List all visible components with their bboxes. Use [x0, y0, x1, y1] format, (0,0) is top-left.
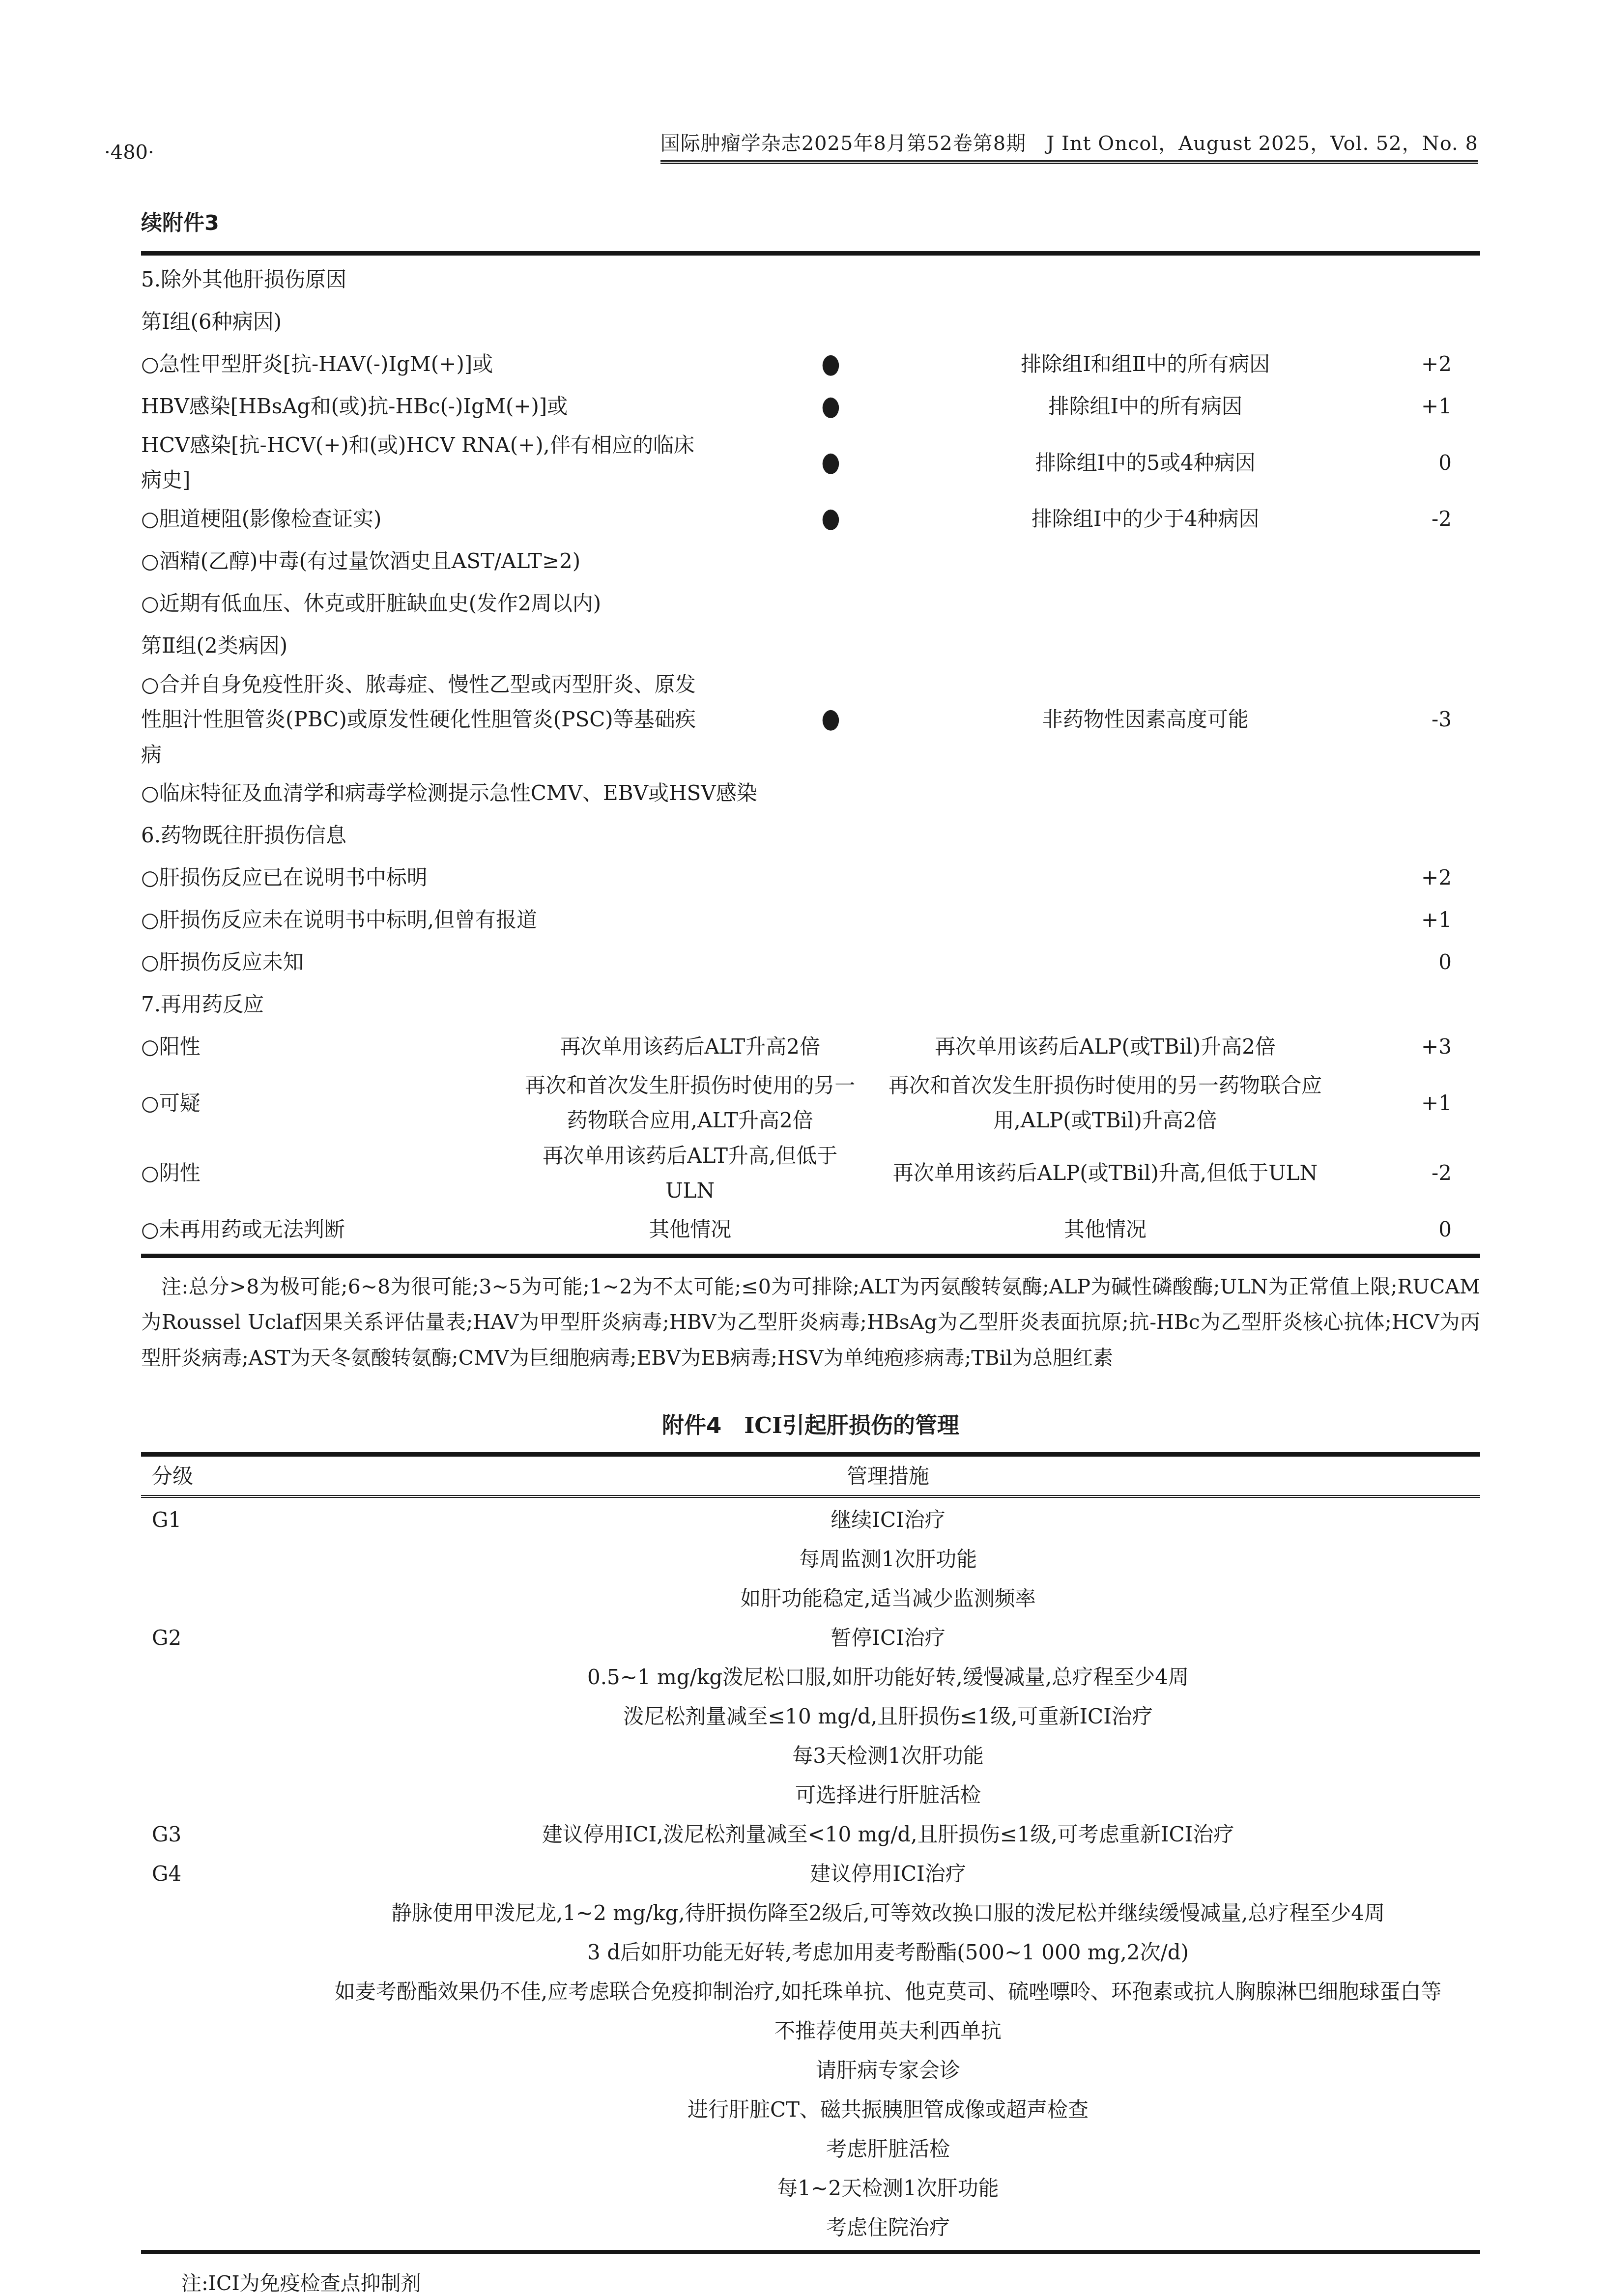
score-cell: -2 [1347, 501, 1481, 536]
table-row: 静脉使用甲泼尼龙,1~2 mg/kg,待肝损伤降至2级后,可等效改换口服的泼尼松… [141, 1893, 1480, 1932]
criterion-cell: ○临床特征及血清学和病毒学检测提示急性CMV、EBV或HSV感染 [141, 775, 1347, 810]
measure-cell: 每1~2天检测1次肝功能 [296, 2172, 1480, 2205]
table-row: ○可疑再次和首次发生肝损伤时使用的另一药物联合应用,ALT升高2倍再次和首次发生… [141, 1068, 1480, 1138]
score-cell: +3 [1347, 1029, 1481, 1064]
page-number: ·480· [104, 141, 154, 164]
criterion-cell: 6.药物既往肝损伤信息 [141, 818, 1347, 853]
table-row: 考虑住院治疗 [141, 2208, 1480, 2247]
table-row: ○未再用药或无法判断其他情况其他情况0 [141, 1208, 1480, 1251]
table-row: 每3天检测1次肝功能 [141, 1736, 1480, 1775]
cholestatic-cell: 其他情况 [864, 1212, 1347, 1247]
measure-cell: 暂停ICI治疗 [296, 1621, 1480, 1654]
bullet-cell: ● [717, 346, 945, 383]
filled-circle-icon: ● [821, 496, 840, 542]
table-row: ○肝损伤反应未知0 [141, 941, 1480, 983]
cholestatic-cell: 再次单用该药后ALP(或TBil)升高,但低于ULN [864, 1155, 1347, 1190]
cholestatic-cell: 再次和首次发生肝损伤时使用的另一药物联合应用,ALP(或TBil)升高2倍 [864, 1068, 1347, 1138]
table-row: G1继续ICI治疗 [141, 1500, 1480, 1539]
criterion-cell: ○胆道梗阻(影像检查证实) [141, 501, 717, 536]
table-row: 如肝功能稳定,适当减少监测频率 [141, 1578, 1480, 1618]
table3-continued-label: 续附件3 [141, 206, 1605, 236]
filled-circle-icon: ● [821, 440, 840, 486]
bullet-cell: ● [717, 500, 945, 537]
criterion-cell: ○阴性 [141, 1155, 516, 1190]
rucam-table: 5.除外其他肝损伤原因第Ⅰ组(6种病因)○急性甲型肝炎[抗-HAV(-)IgM(… [141, 251, 1480, 1258]
table-header-row: 分级 管理措施 [141, 1457, 1480, 1498]
table-row: ○胆道梗阻(影像检查证实)●排除组Ⅰ中的少于4种病因-2 [141, 498, 1480, 540]
hepatocellular-cell: 再次单用该药后ALT升高2倍 [516, 1029, 864, 1064]
criterion-cell: ○未再用药或无法判断 [141, 1212, 516, 1247]
table-row: ○阳性再次单用该药后ALT升高2倍再次单用该药后ALP(或TBil)升高2倍+3 [141, 1026, 1480, 1068]
table-row: ○合并自身免疫性肝炎、脓毒症、慢性乙型或丙型肝炎、原发性胆汁性胆管炎(PBC)或… [141, 667, 1480, 772]
management-table: 分级 管理措施 G1继续ICI治疗每周监测1次肝功能如肝功能稳定,适当减少监测频… [141, 1452, 1480, 2254]
table-row: G3建议停用ICI,泼尼松剂量减至<10 mg/d,且肝损伤≤1级,可考虑重新I… [141, 1814, 1480, 1854]
measure-cell: 如肝功能稳定,适当减少监测频率 [296, 1582, 1480, 1615]
criterion-cell: ○近期有低血压、休克或肝脏缺血史(发作2周以内) [141, 586, 1347, 621]
exclusion-cell: 排除组Ⅰ中的5或4种病因 [945, 445, 1347, 480]
filled-circle-icon: ● [821, 696, 840, 742]
measure-cell: 考虑住院治疗 [296, 2211, 1480, 2244]
measure-cell: 可选择进行肝脏活检 [296, 1779, 1480, 1811]
criterion-cell: ○可疑 [141, 1086, 516, 1120]
table-row: 6.药物既往肝损伤信息 [141, 814, 1480, 857]
table-row: 考虑肝脏活检 [141, 2129, 1480, 2168]
management-table-body: G1继续ICI治疗每周监测1次肝功能如肝功能稳定,适当减少监测频率G2暂停ICI… [141, 1500, 1480, 2247]
page-header: ·480· 国际肿瘤学杂志2025年8月第52卷第8期 J Int Oncol，… [0, 0, 1605, 164]
appendix4-title-text: ICI引起肝损伤的管理 [744, 1412, 959, 1438]
table-row: ○近期有低血压、休克或肝脏缺血史(发作2周以内) [141, 582, 1480, 625]
grade-cell: G4 [141, 1857, 296, 1890]
filled-circle-icon: ● [821, 341, 840, 387]
table-row: HBV感染[HBsAg和(或)抗-HBc(-)IgM(+)]或●排除组Ⅰ中的所有… [141, 385, 1480, 428]
table-row: ○急性甲型肝炎[抗-HAV(-)IgM(+)]或●排除组Ⅰ和组Ⅱ中的所有病因+2 [141, 343, 1480, 385]
criterion-cell: 第Ⅱ组(2类病因) [141, 628, 1347, 663]
score-cell: 0 [1347, 445, 1481, 480]
table4-footnote: 注:ICI为免疫检查点抑制剂 [141, 2267, 1479, 2296]
measure-cell: 建议停用ICI,泼尼松剂量减至<10 mg/d,且肝损伤≤1级,可考虑重新ICI… [296, 1818, 1480, 1851]
table-row: 进行肝脏CT、磁共振胰胆管成像或超声检查 [141, 2090, 1480, 2129]
table-row: 第Ⅱ组(2类病因) [141, 625, 1480, 667]
score-cell: +2 [1347, 346, 1481, 381]
exclusion-cell: 排除组Ⅰ中的所有病因 [945, 389, 1347, 424]
criterion-cell: ○合并自身免疫性肝炎、脓毒症、慢性乙型或丙型肝炎、原发性胆汁性胆管炎(PBC)或… [141, 667, 717, 772]
appendix4-title: 附件4ICI引起肝损伤的管理 [141, 1407, 1480, 1439]
bullet-cell: ● [717, 388, 945, 425]
criterion-cell: HCV感染[抗-HCV(+)和(或)HCV RNA(+),伴有相应的临床病史] [141, 428, 717, 498]
measure-cell: 建议停用ICI治疗 [296, 1857, 1480, 1890]
score-cell: +1 [1347, 1086, 1481, 1120]
criterion-cell: ○肝损伤反应未知 [141, 945, 1347, 979]
score-cell: -3 [1347, 702, 1481, 737]
table-row: G4建议停用ICI治疗 [141, 1854, 1480, 1893]
table-row: 5.除外其他肝损伤原因 [141, 258, 1480, 301]
grade-cell: G1 [141, 1503, 296, 1536]
measure-cell: 0.5~1 mg/kg泼尼松口服,如肝功能好转,缓慢减量,总疗程至少4周 [296, 1661, 1480, 1693]
table-row: ○临床特征及血清学和病毒学检测提示急性CMV、EBV或HSV感染 [141, 772, 1480, 814]
criterion-cell: ○阳性 [141, 1029, 516, 1064]
table-row: 第Ⅰ组(6种病因) [141, 301, 1480, 343]
measure-cell: 3 d后如肝功能无好转,考虑加用麦考酚酯(500~1 000 mg,2次/d) [296, 1936, 1480, 1969]
measure-column-header: 管理措施 [296, 1460, 1480, 1492]
measure-cell: 如麦考酚酯效果仍不佳,应考虑联合免疫抑制治疗,如托珠单抗、他克莫司、硫唑嘌呤、环… [296, 1975, 1480, 2008]
table-row: 如麦考酚酯效果仍不佳,应考虑联合免疫抑制治疗,如托珠单抗、他克莫司、硫唑嘌呤、环… [141, 1972, 1480, 2011]
measure-cell: 考虑肝脏活检 [296, 2132, 1480, 2165]
score-cell: 0 [1347, 945, 1480, 979]
table-row: ○肝损伤反应已在说明书中标明+2 [141, 857, 1480, 899]
criterion-cell: 5.除外其他肝损伤原因 [141, 262, 1347, 297]
filled-circle-icon: ● [821, 383, 840, 429]
criterion-cell: 第Ⅰ组(6种病因) [141, 304, 1347, 339]
measure-cell: 每3天检测1次肝功能 [296, 1739, 1480, 1772]
table-row: 每周监测1次肝功能 [141, 1539, 1480, 1578]
score-cell: 0 [1347, 1212, 1481, 1247]
table-row: 0.5~1 mg/kg泼尼松口服,如肝功能好转,缓慢减量,总疗程至少4周 [141, 1657, 1480, 1696]
table-row: 7.再用药反应 [141, 983, 1480, 1026]
score-cell: +2 [1347, 860, 1480, 895]
grade-column-header: 分级 [141, 1460, 296, 1492]
journal-page: { "page_header": { "page_number": "·480·… [0, 0, 1605, 2251]
criterion-cell: 7.再用药反应 [141, 987, 1347, 1022]
hepatocellular-cell: 再次和首次发生肝损伤时使用的另一药物联合应用,ALT升高2倍 [516, 1068, 864, 1138]
criterion-cell: HBV感染[HBsAg和(或)抗-HBc(-)IgM(+)]或 [141, 389, 717, 424]
measure-cell: 每周监测1次肝功能 [296, 1543, 1480, 1576]
bullet-cell: ● [717, 701, 945, 738]
table-row: 3 d后如肝功能无好转,考虑加用麦考酚酯(500~1 000 mg,2次/d) [141, 1932, 1480, 1972]
table-row: 不推荐使用英夫利西单抗 [141, 2011, 1480, 2050]
hepatocellular-cell: 再次单用该药后ALT升高,但低于ULN [516, 1138, 864, 1208]
measure-cell: 泼尼松剂量减至≤10 mg/d,且肝损伤≤1级,可重新ICI治疗 [296, 1700, 1480, 1733]
grade-cell: G3 [141, 1818, 296, 1851]
exclusion-cell: 非药物性因素高度可能 [945, 702, 1347, 737]
measure-cell: 静脉使用甲泼尼龙,1~2 mg/kg,待肝损伤降至2级后,可等效改换口服的泼尼松… [296, 1896, 1480, 1929]
table-row: 泼尼松剂量减至≤10 mg/d,且肝损伤≤1级,可重新ICI治疗 [141, 1696, 1480, 1736]
criterion-cell: ○酒精(乙醇)中毒(有过量饮酒史且AST/ALT≥2) [141, 544, 1347, 578]
score-cell: +1 [1347, 389, 1481, 424]
table-row: ○酒精(乙醇)中毒(有过量饮酒史且AST/ALT≥2) [141, 540, 1480, 582]
score-cell: +1 [1347, 902, 1480, 937]
criterion-cell: ○急性甲型肝炎[抗-HAV(-)IgM(+)]或 [141, 346, 717, 381]
appendix4-title-prefix: 附件4 [662, 1412, 721, 1438]
table-row: 可选择进行肝脏活检 [141, 1775, 1480, 1814]
hepatocellular-cell: 其他情况 [516, 1212, 864, 1247]
measure-cell: 请肝病专家会诊 [296, 2054, 1480, 2087]
table-row: HCV感染[抗-HCV(+)和(或)HCV RNA(+),伴有相应的临床病史]●… [141, 428, 1480, 498]
bullet-cell: ● [717, 444, 945, 481]
measure-cell: 进行肝脏CT、磁共振胰胆管成像或超声检查 [296, 2093, 1480, 2126]
table-row: G2暂停ICI治疗 [141, 1618, 1480, 1657]
table-row: 请肝病专家会诊 [141, 2050, 1480, 2090]
grade-cell: G2 [141, 1621, 296, 1654]
exclusion-cell: 排除组Ⅰ中的少于4种病因 [945, 501, 1347, 536]
cholestatic-cell: 再次单用该药后ALP(或TBil)升高2倍 [864, 1029, 1347, 1064]
table-row: ○阴性再次单用该药后ALT升高,但低于ULN再次单用该药后ALP(或TBil)升… [141, 1138, 1480, 1208]
measure-cell: 不推荐使用英夫利西单抗 [296, 2014, 1480, 2047]
measure-cell: 继续ICI治疗 [296, 1503, 1480, 1536]
score-cell: -2 [1347, 1155, 1481, 1190]
journal-info: 国际肿瘤学杂志2025年8月第52卷第8期 J Int Oncol，August… [660, 132, 1478, 164]
criterion-cell: ○肝损伤反应未在说明书中标明,但曾有报道 [141, 902, 1347, 937]
table-row: 每1~2天检测1次肝功能 [141, 2168, 1480, 2208]
table3-footnote: 注:总分>8为极可能;6~8为很可能;3~5为可能;1~2为不太可能;≤0为可排… [141, 1269, 1480, 1377]
table-row: ○肝损伤反应未在说明书中标明,但曾有报道+1 [141, 899, 1480, 941]
exclusion-cell: 排除组Ⅰ和组Ⅱ中的所有病因 [945, 346, 1347, 381]
criterion-cell: ○肝损伤反应已在说明书中标明 [141, 860, 1347, 895]
